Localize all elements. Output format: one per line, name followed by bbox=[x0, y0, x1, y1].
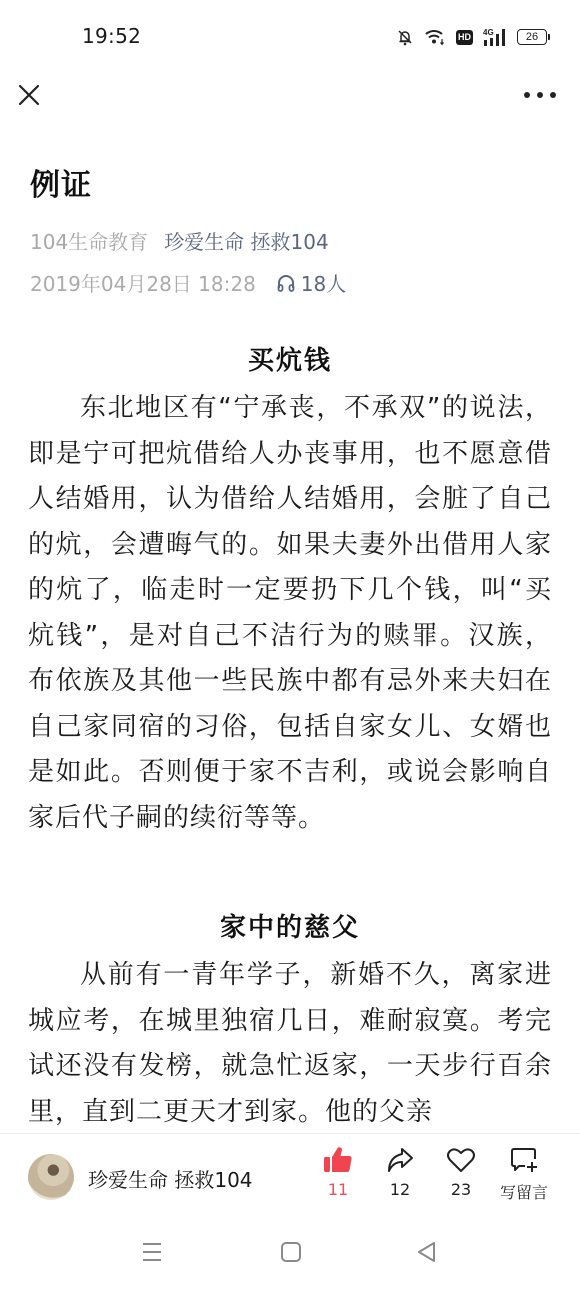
heart-icon bbox=[446, 1146, 476, 1174]
screen: 19:52 HD 4G 26 例证 bbox=[0, 0, 580, 1289]
svg-text:4G: 4G bbox=[483, 28, 494, 37]
status-icons: HD 4G 26 bbox=[396, 26, 550, 48]
hd-icon: HD bbox=[456, 30, 473, 45]
article-meta-date-row: 2019年04月28日 18:28 18人 bbox=[30, 268, 346, 297]
menu-icon bbox=[141, 1241, 163, 1263]
back-triangle-icon bbox=[416, 1241, 438, 1263]
more-icon-dot bbox=[537, 92, 543, 98]
close-button[interactable] bbox=[16, 82, 42, 108]
more-icon-dot bbox=[550, 92, 556, 98]
system-nav-bar bbox=[0, 1213, 580, 1289]
share-count: 12 bbox=[390, 1180, 410, 1199]
more-button[interactable] bbox=[524, 82, 556, 108]
battery-level: 26 bbox=[517, 29, 547, 45]
wifi-icon bbox=[424, 28, 446, 46]
comment-add-icon bbox=[509, 1146, 539, 1174]
author-name[interactable]: 珍爱生命 拯救104 bbox=[88, 1164, 253, 1193]
like-count: 11 bbox=[328, 1180, 348, 1199]
mute-bell-icon bbox=[396, 28, 414, 46]
like-button[interactable]: 11 bbox=[308, 1146, 368, 1199]
listen-button[interactable]: 18人 bbox=[276, 268, 346, 297]
favorite-button[interactable]: 23 bbox=[431, 1146, 491, 1199]
share-button[interactable]: 12 bbox=[370, 1146, 430, 1199]
share-arrow-icon bbox=[385, 1146, 415, 1174]
write-comment-button[interactable]: 写留言 bbox=[494, 1146, 554, 1203]
article-title: 例证 bbox=[30, 160, 92, 204]
status-time: 19:52 bbox=[82, 24, 141, 48]
home-button[interactable] bbox=[280, 1241, 302, 1267]
section-heading: 买炕钱 bbox=[28, 336, 552, 386]
back-button[interactable] bbox=[416, 1241, 438, 1267]
top-nav bbox=[0, 72, 580, 118]
bottom-action-bar: 珍爱生命 拯救104 11 12 23 写留言 bbox=[0, 1133, 580, 1213]
write-comment-label: 写留言 bbox=[500, 1180, 548, 1203]
thumbs-up-icon bbox=[323, 1146, 353, 1174]
article-content: 买炕钱 东北地区有“宁承丧，不承双”的说法，即是宁可把炕借给人办丧事用，也不愿意… bbox=[28, 336, 552, 1135]
battery-icon: 26 bbox=[517, 29, 550, 45]
more-icon-dot bbox=[524, 92, 530, 98]
home-square-icon bbox=[280, 1241, 302, 1263]
author-avatar[interactable] bbox=[28, 1154, 74, 1200]
section-paragraph: 从前有一青年学子，新婚不久，离家进城应考，在城里独宿几日，难耐寂寞。考完试还没有… bbox=[28, 953, 552, 1135]
section-heading: 家中的慈父 bbox=[28, 903, 552, 953]
listener-count: 18人 bbox=[301, 268, 346, 297]
article-date: 2019年04月28日 18:28 bbox=[30, 268, 256, 297]
article-author-link[interactable]: 珍爱生命 拯救104 bbox=[164, 226, 329, 255]
section-paragraph: 东北地区有“宁承丧，不承双”的说法，即是宁可把炕借给人办丧事用，也不愿意借人结婚… bbox=[28, 386, 552, 841]
article-meta: 104生命教育 珍爱生命 拯救104 bbox=[30, 226, 329, 255]
status-bar: 19:52 HD 4G 26 bbox=[0, 0, 580, 72]
recent-apps-button[interactable] bbox=[141, 1241, 163, 1267]
article-source: 104生命教育 bbox=[30, 226, 148, 255]
headphones-icon bbox=[276, 273, 296, 293]
close-icon bbox=[16, 82, 42, 108]
favorite-count: 23 bbox=[451, 1180, 471, 1199]
4g-signal-icon: 4G bbox=[483, 27, 507, 47]
